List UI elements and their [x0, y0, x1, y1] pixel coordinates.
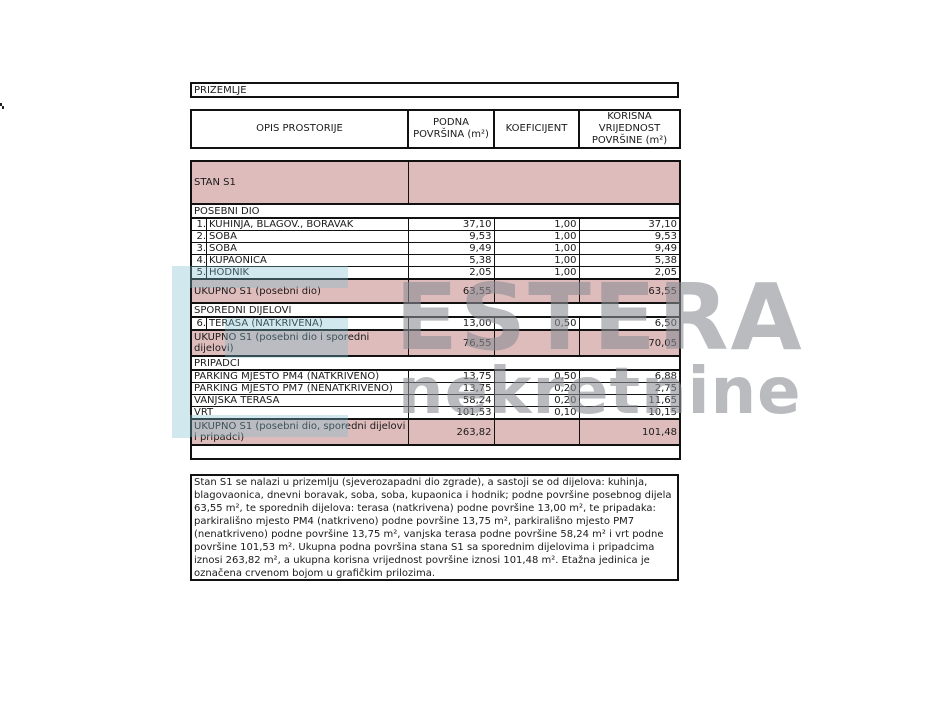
table-row: VANJSKA TERASA58,240,2011,65: [191, 395, 680, 407]
section-label: SPOREDNI DIJELOVI: [191, 303, 680, 317]
item-value: 6,88: [579, 370, 680, 383]
item-value: 2,75: [579, 383, 680, 395]
table-row: 6.TERASA (NATKRIVENA)13,000,506,50: [191, 317, 680, 330]
total-coefficient-blank: [494, 419, 579, 445]
item-area: 58,24: [408, 395, 494, 407]
total-label: UKUPNO S1 (posebni dio, sporedni dijelov…: [191, 419, 408, 445]
table-row: 4.KUPAONICA5,381,005,38: [191, 255, 680, 267]
item-coefficient: 0,10: [494, 407, 579, 420]
total-area: 263,82: [408, 419, 494, 445]
total-row: UKUPNO S1 (posebni dio, sporedni dijelov…: [191, 419, 680, 445]
item-value: 5,38: [579, 255, 680, 267]
total-row: UKUPNO S1 (posebni dio i sporedni dijelo…: [191, 330, 680, 356]
section-row: POSEBNI DIO: [191, 204, 680, 218]
total-value: 101,48: [579, 419, 680, 445]
total-value: 70,05: [579, 330, 680, 356]
item-area: 2,05: [408, 267, 494, 280]
area-table: STAN S1POSEBNI DIO1.KUHINJA, BLAGOV., BO…: [190, 160, 681, 460]
total-coefficient-blank: [494, 330, 579, 356]
item-area: 13,75: [408, 370, 494, 383]
item-coefficient: 0,20: [494, 395, 579, 407]
total-area: 63,55: [408, 279, 494, 303]
item-index: 2.: [192, 231, 207, 242]
header-floor-area: PODNA POVRŠINA (m²): [408, 110, 494, 148]
unit-name: STAN S1: [191, 161, 408, 204]
header-description: OPIS PROSTORIJE: [191, 110, 408, 148]
item-index: 1.: [192, 219, 207, 230]
item-value: 9,53: [579, 231, 680, 243]
table-row: 1.KUHINJA, BLAGOV., BORAVAK37,101,0037,1…: [191, 218, 680, 231]
item-index: 3.: [192, 243, 207, 254]
corner-mark: [0, 103, 4, 109]
unit-header-blank: [408, 161, 680, 204]
section-label: PRIPADCI: [191, 356, 680, 370]
total-area: 76,55: [408, 330, 494, 356]
header-coefficient: KOEFICIJENT: [494, 110, 579, 148]
total-label: UKUPNO S1 (posebni dio i sporedni dijelo…: [191, 330, 408, 356]
item-cell: 5.HODNIK: [191, 267, 408, 280]
item-cell: 4.KUPAONICA: [191, 255, 408, 267]
item-area: 101,53: [408, 407, 494, 420]
item-coefficient: 1,00: [494, 267, 579, 280]
spacer-cell: [191, 445, 680, 459]
item-coefficient: 0,50: [494, 370, 579, 383]
item-name: VANJSKA TERASA: [191, 395, 408, 407]
total-value: 63,55: [579, 279, 680, 303]
item-coefficient: 1,00: [494, 218, 579, 231]
item-value: 2,05: [579, 267, 680, 280]
item-cell: 2.SOBA: [191, 231, 408, 243]
item-name: SOBA: [207, 231, 237, 242]
table-row: 3.SOBA9,491,009,49: [191, 243, 680, 255]
table-row: PARKING MJESTO PM7 (NENATKRIVENO)13,750,…: [191, 383, 680, 395]
item-area: 13,75: [408, 383, 494, 395]
item-cell: 6.TERASA (NATKRIVENA): [191, 317, 408, 330]
item-value: 6,50: [579, 317, 680, 330]
total-row: UKUPNO S1 (posebni dio)63,5563,55: [191, 279, 680, 303]
table-row: 2.SOBA9,531,009,53: [191, 231, 680, 243]
table-header: OPIS PROSTORIJE PODNA POVRŠINA (m²) KOEF…: [190, 109, 681, 149]
table-row: PARKING MJESTO PM4 (NATKRIVENO)13,750,50…: [191, 370, 680, 383]
item-name: SOBA: [207, 243, 237, 254]
item-index: 4.: [192, 255, 207, 266]
header-usable-value: KORISNA VRIJEDNOST POVRŠINE (m²): [579, 110, 680, 148]
item-area: 13,00: [408, 317, 494, 330]
item-area: 37,10: [408, 218, 494, 231]
watermark-logo-bar-vertical: [172, 266, 190, 438]
item-name: HODNIK: [207, 267, 249, 278]
item-coefficient: 1,00: [494, 243, 579, 255]
unit-header-row: STAN S1: [191, 161, 680, 204]
item-cell: 3.SOBA: [191, 243, 408, 255]
table-row: VRT101,530,1010,15: [191, 407, 680, 420]
item-name: TERASA (NATKRIVENA): [207, 318, 323, 329]
item-coefficient: 0,20: [494, 383, 579, 395]
item-area: 5,38: [408, 255, 494, 267]
section-row: PRIPADCI: [191, 356, 680, 370]
item-coefficient: 1,00: [494, 231, 579, 243]
item-value: 37,10: [579, 218, 680, 231]
item-index: 6.: [192, 318, 207, 329]
section-label: POSEBNI DIO: [191, 204, 680, 218]
item-name: PARKING MJESTO PM7 (NENATKRIVENO): [191, 383, 408, 395]
item-name: KUHINJA, BLAGOV., BORAVAK: [207, 219, 353, 230]
item-value: 11,65: [579, 395, 680, 407]
spacer-row: [191, 445, 680, 459]
item-coefficient: 0,50: [494, 317, 579, 330]
item-name: VRT: [191, 407, 408, 420]
item-name: PARKING MJESTO PM4 (NATKRIVENO): [191, 370, 408, 383]
item-area: 9,49: [408, 243, 494, 255]
item-value: 9,49: [579, 243, 680, 255]
item-name: KUPAONICA: [207, 255, 267, 266]
item-value: 10,15: [579, 407, 680, 420]
total-coefficient-blank: [494, 279, 579, 303]
unit-description: Stan S1 se nalazi u prizemlju (sjeveroza…: [190, 474, 679, 581]
item-area: 9,53: [408, 231, 494, 243]
section-row: SPOREDNI DIJELOVI: [191, 303, 680, 317]
item-cell: 1.KUHINJA, BLAGOV., BORAVAK: [191, 218, 408, 231]
total-label: UKUPNO S1 (posebni dio): [191, 279, 408, 303]
section-title: PRIZEMLJE: [190, 82, 679, 98]
item-index: 5.: [192, 267, 207, 278]
table-row: 5.HODNIK2,051,002,05: [191, 267, 680, 280]
item-coefficient: 1,00: [494, 255, 579, 267]
